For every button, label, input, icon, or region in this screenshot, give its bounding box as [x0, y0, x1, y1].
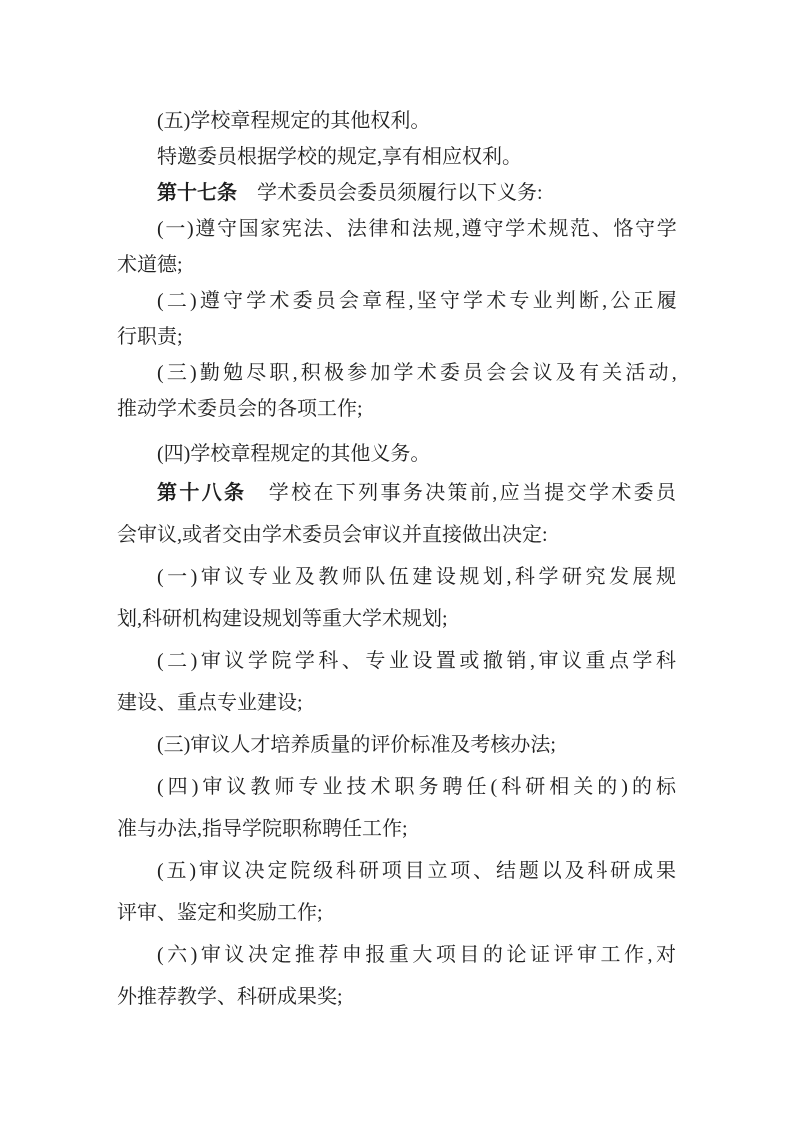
text-segment: (六)审议决定推荐申报重大项目的论证评审工作,对: [157, 944, 676, 966]
text-line: (四)审议教师专业技术职务聘任(科研相关的)的标: [117, 766, 676, 808]
document-lines: (五)学校章程规定的其他权利。特邀委员根据学校的规定,享有相应权利。第十七条 学…: [117, 103, 676, 1018]
text-line: 准与办法,指导学院职称聘任工作;: [117, 808, 676, 850]
text-line: 第十八条 学校在下列事务决策前,应当提交学术委员: [117, 472, 676, 514]
document-page: (五)学校章程规定的其他权利。特邀委员根据学校的规定,享有相应权利。第十七条 学…: [0, 0, 793, 1122]
text-line: (四)学校章程规定的其他义务。: [117, 436, 676, 472]
text-segment: 特邀委员根据学校的规定,享有相应权利。: [157, 146, 522, 168]
text-segment: 评审、鉴定和奖励工作;: [117, 902, 323, 924]
article-number: 第十八条: [157, 482, 246, 504]
text-line: (五)审议决定院级科研项目立项、结题以及科研成果: [117, 850, 676, 892]
text-segment: 学校在下列事务决策前,应当提交学术委员: [246, 482, 676, 504]
text-line: 建设、重点专业建设;: [117, 682, 676, 724]
text-line: 外推荐教学、科研成果奖;: [117, 976, 676, 1018]
text-segment: (四)学校章程规定的其他义务。: [157, 443, 430, 465]
text-line: (一)遵守国家宪法、法律和法规,遵守学术规范、恪守学: [117, 211, 676, 247]
text-line: (六)审议决定推荐申报重大项目的论证评审工作,对: [117, 934, 676, 976]
text-line: (三)审议人才培养质量的评价标准及考核办法;: [117, 724, 676, 766]
text-segment: 准与办法,指导学院职称聘任工作;: [117, 818, 408, 840]
text-segment: (五)学校章程规定的其他权利。: [157, 110, 430, 132]
text-segment: (一)遵守国家宪法、法律和法规,遵守学术规范、恪守学: [157, 218, 676, 240]
text-segment: (一)审议专业及教师队伍建设规划,科学研究发展规: [157, 566, 676, 588]
text-line: (三)勤勉尽职,积极参加学术委员会会议及有关活动,: [117, 355, 676, 391]
text-line: (一)审议专业及教师队伍建设规划,科学研究发展规: [117, 556, 676, 598]
text-segment: 术道德;: [117, 254, 183, 276]
article-number: 第十七条: [157, 182, 237, 204]
text-segment: 划,科研机构建设规划等重大学术规划;: [117, 608, 448, 630]
text-segment: 行职责;: [117, 326, 183, 348]
text-segment: 外推荐教学、科研成果奖;: [117, 986, 343, 1008]
text-line: (二)遵守学术委员会章程,坚守学术专业判断,公正履: [117, 283, 676, 319]
text-line: 推动学术委员会的各项工作;: [117, 391, 676, 427]
text-segment: (二)遵守学术委员会章程,坚守学术专业判断,公正履: [157, 290, 676, 312]
text-line: (五)学校章程规定的其他权利。: [117, 103, 676, 139]
text-line: 会审议,或者交由学术委员会审议并直接做出决定:: [117, 514, 676, 556]
text-segment: (三)审议人才培养质量的评价标准及考核办法;: [157, 734, 556, 756]
text-line: 行职责;: [117, 319, 676, 355]
text-segment: (二)审议学院学科、专业设置或撤销,审议重点学科: [157, 650, 676, 672]
text-line: 划,科研机构建设规划等重大学术规划;: [117, 598, 676, 640]
text-line: (二)审议学院学科、专业设置或撤销,审议重点学科: [117, 640, 676, 682]
text-line: 特邀委员根据学校的规定,享有相应权利。: [117, 139, 676, 175]
text-line: 第十七条 学术委员会委员须履行以下义务:: [117, 175, 676, 211]
text-segment: (三)勤勉尽职,积极参加学术委员会会议及有关活动,: [157, 362, 676, 384]
text-segment: 学术委员会委员须履行以下义务:: [237, 182, 543, 204]
text-segment: 推动学术委员会的各项工作;: [117, 398, 363, 420]
text-line: 评审、鉴定和奖励工作;: [117, 892, 676, 934]
text-segment: (五)审议决定院级科研项目立项、结题以及科研成果: [157, 860, 676, 882]
text-segment: 会审议,或者交由学术委员会审议并直接做出决定:: [117, 524, 548, 546]
text-segment: (四)审议教师专业技术职务聘任(科研相关的)的标: [157, 776, 676, 798]
text-segment: 建设、重点专业建设;: [117, 692, 303, 714]
text-line: 术道德;: [117, 247, 676, 283]
